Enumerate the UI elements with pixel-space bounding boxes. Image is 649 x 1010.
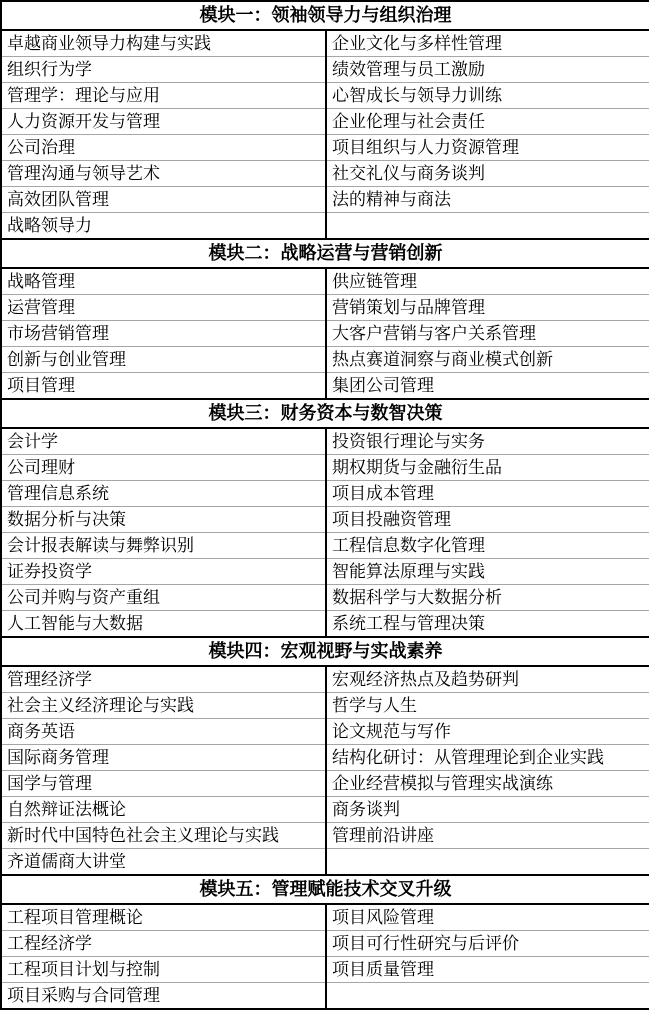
course-cell-left: 新时代中国特色社会主义理论与实践 xyxy=(1,823,326,849)
course-row: 市场营销管理大客户营销与客户关系管理 xyxy=(1,321,649,347)
course-cell-right: 企业文化与多样性管理 xyxy=(326,30,649,57)
course-cell-right xyxy=(326,213,649,240)
course-cell-right: 心智成长与领导力训练 xyxy=(326,83,649,109)
course-row: 项目采购与合同管理 xyxy=(1,983,649,1010)
course-cell-left: 运营管理 xyxy=(1,295,326,321)
course-cell-left: 社会主义经济理论与实践 xyxy=(1,693,326,719)
course-cell-right: 投资银行理论与实务 xyxy=(326,428,649,455)
module-header-row: 模块四：宏观视野与实战素养 xyxy=(1,637,649,666)
course-cell-right: 工程信息数字化管理 xyxy=(326,533,649,559)
course-cell-left: 工程经济学 xyxy=(1,931,326,957)
course-row: 证券投资学智能算法原理与实践 xyxy=(1,559,649,585)
course-cell-left: 国际商务管理 xyxy=(1,745,326,771)
course-cell-right: 宏观经济热点及趋势研判 xyxy=(326,666,649,693)
course-cell-left: 自然辩证法概论 xyxy=(1,797,326,823)
course-cell-right: 智能算法原理与实践 xyxy=(326,559,649,585)
course-cell-left: 项目采购与合同管理 xyxy=(1,983,326,1010)
course-cell-left: 市场营销管理 xyxy=(1,321,326,347)
course-cell-right: 项目成本管理 xyxy=(326,481,649,507)
module-header-row: 模块一：领袖领导力与组织治理 xyxy=(1,1,649,30)
module-title: 模块五：管理赋能技术交叉升级 xyxy=(1,875,649,904)
course-cell-left: 项目管理 xyxy=(1,373,326,400)
course-cell-left: 创新与创业管理 xyxy=(1,347,326,373)
course-cell-left: 会计报表解读与舞弊识别 xyxy=(1,533,326,559)
course-row: 管理沟通与领导艺术社交礼仪与商务谈判 xyxy=(1,161,649,187)
course-cell-left: 管理学：理论与应用 xyxy=(1,83,326,109)
course-row: 工程项目管理概论项目风险管理 xyxy=(1,904,649,931)
course-row: 人工智能与大数据系统工程与管理决策 xyxy=(1,611,649,638)
course-cell-right: 项目风险管理 xyxy=(326,904,649,931)
course-row: 数据分析与决策项目投融资管理 xyxy=(1,507,649,533)
course-cell-right: 结构化研讨：从管理理论到企业实践 xyxy=(326,745,649,771)
course-row: 卓越商业领导力构建与实践企业文化与多样性管理 xyxy=(1,30,649,57)
course-cell-left: 管理经济学 xyxy=(1,666,326,693)
course-cell-right: 数据科学与大数据分析 xyxy=(326,585,649,611)
course-cell-left: 卓越商业领导力构建与实践 xyxy=(1,30,326,57)
course-row: 新时代中国特色社会主义理论与实践管理前沿讲座 xyxy=(1,823,649,849)
course-cell-right: 大客户营销与客户关系管理 xyxy=(326,321,649,347)
course-cell-left: 商务英语 xyxy=(1,719,326,745)
course-cell-left: 管理沟通与领导艺术 xyxy=(1,161,326,187)
curriculum-table: 模块一：领袖领导力与组织治理卓越商业领导力构建与实践企业文化与多样性管理组织行为… xyxy=(0,0,649,1010)
course-cell-left: 高效团队管理 xyxy=(1,187,326,213)
course-cell-left: 人力资源开发与管理 xyxy=(1,109,326,135)
course-row: 运营管理营销策划与品牌管理 xyxy=(1,295,649,321)
course-row: 组织行为学绩效管理与员工激励 xyxy=(1,57,649,83)
course-cell-left: 公司并购与资产重组 xyxy=(1,585,326,611)
course-row: 人力资源开发与管理企业伦理与社会责任 xyxy=(1,109,649,135)
course-cell-right: 供应链管理 xyxy=(326,268,649,295)
course-cell-left: 会计学 xyxy=(1,428,326,455)
module-title: 模块三：财务资本与数智决策 xyxy=(1,399,649,428)
course-cell-right: 热点赛道洞察与商业模式创新 xyxy=(326,347,649,373)
course-cell-right: 项目投融资管理 xyxy=(326,507,649,533)
course-cell-left: 人工智能与大数据 xyxy=(1,611,326,638)
course-cell-right xyxy=(326,849,649,876)
course-cell-right: 绩效管理与员工激励 xyxy=(326,57,649,83)
course-row: 自然辩证法概论商务谈判 xyxy=(1,797,649,823)
course-row: 公司治理项目组织与人力资源管理 xyxy=(1,135,649,161)
course-cell-right: 论文规范与写作 xyxy=(326,719,649,745)
course-row: 会计学投资银行理论与实务 xyxy=(1,428,649,455)
course-row: 管理信息系统项目成本管理 xyxy=(1,481,649,507)
course-row: 管理学：理论与应用心智成长与领导力训练 xyxy=(1,83,649,109)
course-row: 国际商务管理结构化研讨：从管理理论到企业实践 xyxy=(1,745,649,771)
course-row: 齐道儒商大讲堂 xyxy=(1,849,649,876)
course-row: 国学与管理企业经营模拟与管理实战演练 xyxy=(1,771,649,797)
course-cell-right: 项目组织与人力资源管理 xyxy=(326,135,649,161)
course-cell-left: 工程项目管理概论 xyxy=(1,904,326,931)
course-row: 会计报表解读与舞弊识别工程信息数字化管理 xyxy=(1,533,649,559)
course-cell-left: 组织行为学 xyxy=(1,57,326,83)
course-cell-right: 营销策划与品牌管理 xyxy=(326,295,649,321)
course-row: 社会主义经济理论与实践哲学与人生 xyxy=(1,693,649,719)
course-cell-left: 公司理财 xyxy=(1,455,326,481)
course-row: 战略领导力 xyxy=(1,213,649,240)
course-cell-left: 工程项目计划与控制 xyxy=(1,957,326,983)
course-cell-right: 哲学与人生 xyxy=(326,693,649,719)
course-row: 高效团队管理法的精神与商法 xyxy=(1,187,649,213)
course-cell-right: 商务谈判 xyxy=(326,797,649,823)
module-title: 模块二：战略运营与营销创新 xyxy=(1,239,649,268)
course-row: 战略管理供应链管理 xyxy=(1,268,649,295)
course-cell-left: 战略领导力 xyxy=(1,213,326,240)
course-cell-left: 管理信息系统 xyxy=(1,481,326,507)
course-row: 公司理财期权期货与金融衍生品 xyxy=(1,455,649,481)
course-row: 公司并购与资产重组数据科学与大数据分析 xyxy=(1,585,649,611)
course-cell-right: 管理前沿讲座 xyxy=(326,823,649,849)
module-header-row: 模块三：财务资本与数智决策 xyxy=(1,399,649,428)
course-cell-right: 期权期货与金融衍生品 xyxy=(326,455,649,481)
course-cell-left: 公司治理 xyxy=(1,135,326,161)
course-cell-left: 数据分析与决策 xyxy=(1,507,326,533)
course-cell-right: 企业伦理与社会责任 xyxy=(326,109,649,135)
course-row: 管理经济学宏观经济热点及趋势研判 xyxy=(1,666,649,693)
course-row: 项目管理集团公司管理 xyxy=(1,373,649,400)
course-cell-left: 战略管理 xyxy=(1,268,326,295)
course-cell-left: 证券投资学 xyxy=(1,559,326,585)
module-header-row: 模块五：管理赋能技术交叉升级 xyxy=(1,875,649,904)
module-title: 模块四：宏观视野与实战素养 xyxy=(1,637,649,666)
course-cell-left: 齐道儒商大讲堂 xyxy=(1,849,326,876)
course-cell-right xyxy=(326,983,649,1010)
module-title: 模块一：领袖领导力与组织治理 xyxy=(1,1,649,30)
module-header-row: 模块二：战略运营与营销创新 xyxy=(1,239,649,268)
course-cell-right: 企业经营模拟与管理实战演练 xyxy=(326,771,649,797)
course-cell-left: 国学与管理 xyxy=(1,771,326,797)
course-cell-right: 项目质量管理 xyxy=(326,957,649,983)
course-cell-right: 社交礼仪与商务谈判 xyxy=(326,161,649,187)
course-cell-right: 项目可行性研究与后评价 xyxy=(326,931,649,957)
course-cell-right: 系统工程与管理决策 xyxy=(326,611,649,638)
course-row: 工程经济学项目可行性研究与后评价 xyxy=(1,931,649,957)
course-cell-right: 法的精神与商法 xyxy=(326,187,649,213)
course-cell-right: 集团公司管理 xyxy=(326,373,649,400)
curriculum-table-body: 模块一：领袖领导力与组织治理卓越商业领导力构建与实践企业文化与多样性管理组织行为… xyxy=(1,1,649,1009)
course-row: 商务英语论文规范与写作 xyxy=(1,719,649,745)
course-row: 工程项目计划与控制项目质量管理 xyxy=(1,957,649,983)
course-row: 创新与创业管理热点赛道洞察与商业模式创新 xyxy=(1,347,649,373)
